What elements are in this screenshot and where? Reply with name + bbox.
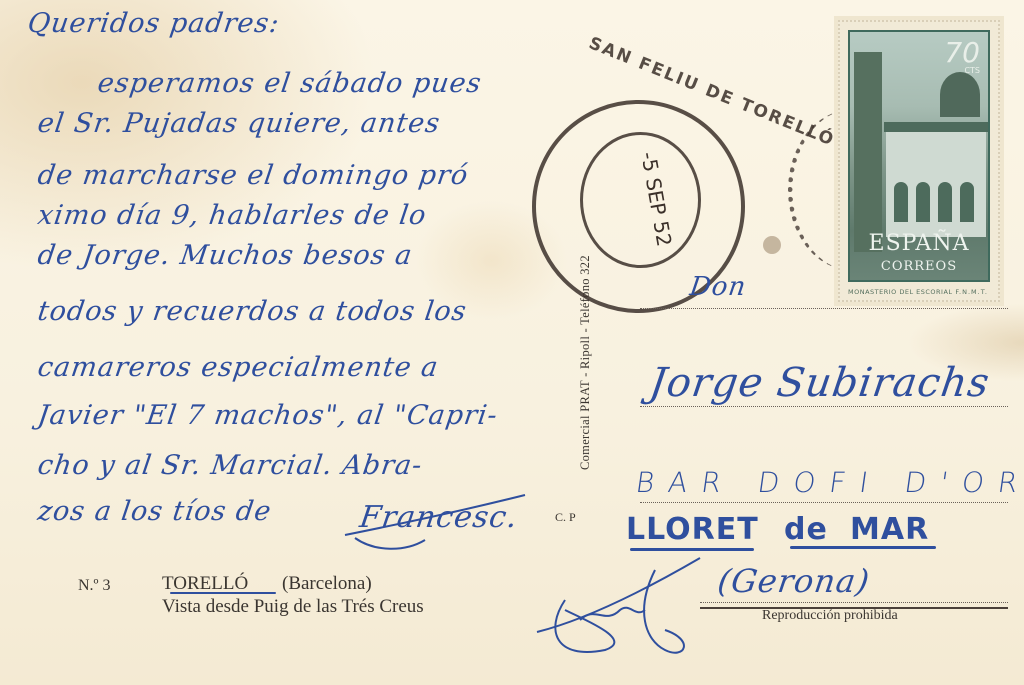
message-greeting: Queridos padres: (26, 8, 282, 39)
postage-stamp: 70 CTS ESPAÑA CORREOS MONASTERIO DEL ESC… (838, 20, 1000, 302)
address-town-mar: MAR (850, 512, 929, 547)
address-town-de: de (784, 512, 828, 547)
message-line-5: de Jorge. Muchos besos a (36, 240, 415, 271)
stamp-printer: F.N.M.T. (955, 288, 988, 296)
stamp-country: ESPAÑA (850, 231, 988, 256)
address-salutation: Don (688, 272, 748, 302)
cp-mark: C. P (555, 510, 576, 525)
message-line-3: de marcharse el domingo pró (36, 160, 471, 191)
rights-notice: Reproducción prohibida (762, 608, 898, 624)
card-province: (Barcelona) (282, 573, 372, 595)
address-line-3-rule (640, 502, 1008, 503)
stamp-image: 70 CTS ESPAÑA CORREOS (848, 30, 990, 282)
stamp-service: CORREOS (850, 259, 988, 274)
address-line-4-rule (700, 602, 1008, 603)
second-signature (525, 550, 715, 660)
stamp-caption: MONASTERIO DEL ESCORIAL (848, 288, 953, 296)
signature-flourish (335, 490, 535, 560)
message-line-7: camareros especialmente a (36, 352, 441, 383)
address-town: LLORET (626, 512, 759, 547)
message-line-4: ximo día 9, hablarles de lo (36, 200, 429, 231)
address-name: Jorge Subirachs (647, 360, 993, 406)
stain (763, 236, 781, 254)
address-province: (Gerona) (715, 562, 872, 600)
card-caption: Vista desde Puig de las Trés Creus (162, 596, 424, 618)
town-underline-2 (790, 546, 936, 549)
address-line-1-rule (640, 308, 1008, 309)
message-line-8: Javier "El 7 machos", al "Capri- (36, 400, 500, 431)
postcard-back: Queridos padres: esperamos el sábado pue… (0, 0, 1024, 685)
place-underline (170, 592, 276, 594)
stamp-unit: CTS (964, 66, 980, 75)
message-line-9: cho y al Sr. Marcial. Abra- (36, 450, 425, 481)
card-number: N.º 3 (78, 577, 111, 595)
stamp-value: 70 (944, 36, 980, 69)
address-line-bar: BAR DOFI D'OR (634, 466, 1024, 499)
message-line-10: zos a los tíos de (36, 496, 274, 527)
message-line-6: todos y recuerdos a todos los (36, 296, 469, 327)
address-line-2-rule (640, 406, 1008, 407)
message-line-2: el Sr. Pujadas quiere, antes (36, 108, 443, 139)
message-line-1: esperamos el sábado pues (96, 68, 484, 99)
